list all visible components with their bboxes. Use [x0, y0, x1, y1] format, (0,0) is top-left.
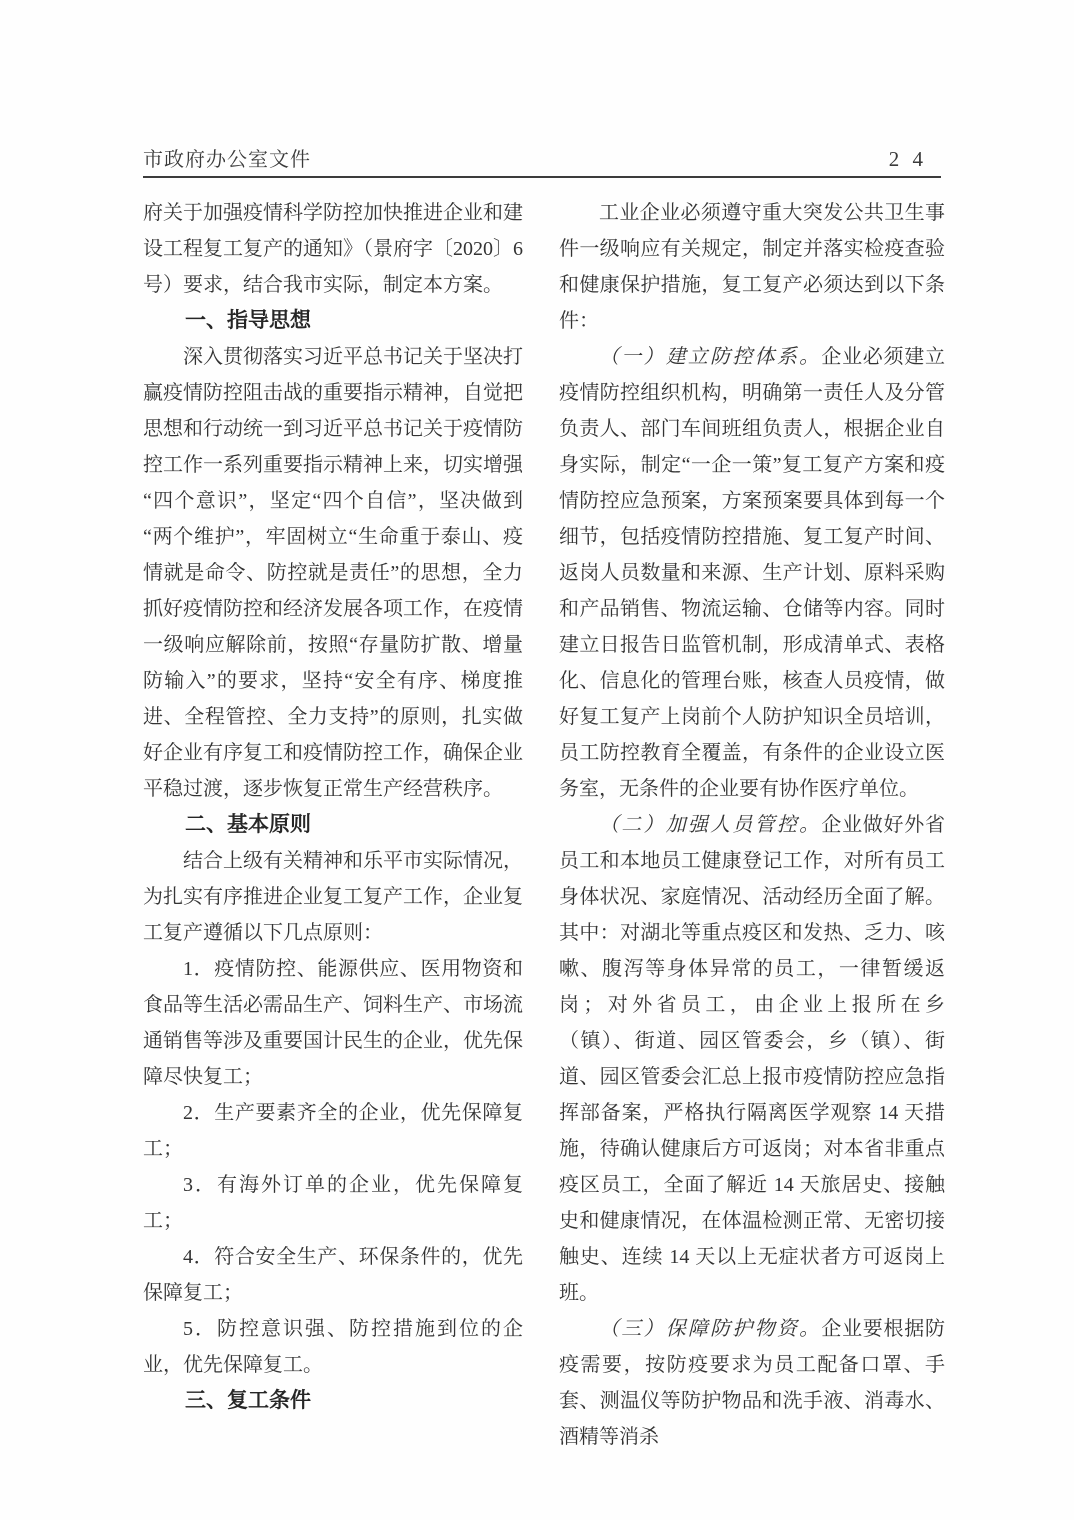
section-heading: 三、复工条件: [143, 1383, 523, 1419]
paragraph: 1．疫情防控、能源供应、医用物资和食品等生活必需品生产、饲料生产、市场流通销售等…: [143, 951, 523, 1095]
body-text: 5．防控意识强、防控措施到位的企业，优先保障复工。: [143, 1318, 523, 1376]
document-body: 府关于加强疫情科学防控加快推进企业和建设工程复工复产的通知》（景府字〔2020〕…: [143, 195, 945, 1455]
body-text: 结合上级有关精神和乐平市实际情况，为扎实有序推进企业复工复产工作，企业复工复产遵…: [143, 850, 523, 944]
kai-lead-text: （三）保障防护物资。: [599, 1318, 821, 1340]
header-title: 市政府办公室文件: [143, 143, 311, 172]
page-header: 市政府办公室文件 2 4: [143, 143, 941, 178]
body-text: 府关于加强疫情科学防控加快推进企业和建设工程复工复产的通知》（景府字〔2020〕…: [143, 202, 523, 296]
body-text: 一、指导思想: [185, 309, 311, 332]
paragraph: 5．防控意识强、防控措施到位的企业，优先保障复工。: [143, 1311, 523, 1383]
body-text: 2．生产要素齐全的企业，优先保障复工；: [143, 1102, 523, 1160]
left-column: 府关于加强疫情科学防控加快推进企业和建设工程复工复产的通知》（景府字〔2020〕…: [143, 195, 523, 1455]
section-heading: 二、基本原则: [143, 807, 523, 843]
section-heading: 一、指导思想: [143, 303, 523, 339]
paragraph: 结合上级有关精神和乐平市实际情况，为扎实有序推进企业复工复产工作，企业复工复产遵…: [143, 843, 523, 951]
body-text: 1．疫情防控、能源供应、医用物资和食品等生活必需品生产、饲料生产、市场流通销售等…: [143, 958, 523, 1088]
page-number: 2 4: [889, 147, 927, 172]
right-column: 工业企业必须遵守重大突发公共卫生事件一级响应有关规定，制定并落实检疫查验和健康保…: [559, 195, 945, 1455]
paragraph: 深入贯彻落实习近平总书记关于坚决打赢疫情防控阻击战的重要指示精神，自觉把思想和行…: [143, 339, 523, 807]
body-text: 企业必须建立疫情防控组织机构，明确第一责任人及分管负责人、部门车间班组负责人，根…: [559, 346, 945, 800]
kai-lead-text: （一）建立防控体系。: [599, 346, 821, 368]
paragraph: （一）建立防控体系。企业必须建立疫情防控组织机构，明确第一责任人及分管负责人、部…: [559, 339, 945, 807]
body-text: 3．有海外订单的企业，优先保障复工；: [143, 1174, 523, 1232]
body-text: 二、基本原则: [185, 813, 311, 836]
document-page: 市政府办公室文件 2 4 府关于加强疫情科学防控加快推进企业和建设工程复工复产的…: [0, 0, 1074, 1520]
body-text: 工业企业必须遵守重大突发公共卫生事件一级响应有关规定，制定并落实检疫查验和健康保…: [559, 202, 945, 332]
paragraph: 工业企业必须遵守重大突发公共卫生事件一级响应有关规定，制定并落实检疫查验和健康保…: [559, 195, 945, 339]
body-text: 企业做好外省员工和本地员工健康登记工作，对所有员工身体状况、家庭情况、活动经历全…: [559, 814, 945, 1304]
paragraph: （二）加强人员管控。企业做好外省员工和本地员工健康登记工作，对所有员工身体状况、…: [559, 807, 945, 1311]
body-text: 深入贯彻落实习近平总书记关于坚决打赢疫情防控阻击战的重要指示精神，自觉把思想和行…: [143, 346, 523, 800]
paragraph: 府关于加强疫情科学防控加快推进企业和建设工程复工复产的通知》（景府字〔2020〕…: [143, 195, 523, 303]
paragraph: 2．生产要素齐全的企业，优先保障复工；: [143, 1095, 523, 1167]
body-text: 4．符合安全生产、环保条件的，优先保障复工；: [143, 1246, 523, 1304]
paragraph: （三）保障防护物资。企业要根据防疫需要，按防疫要求为员工配备口罩、手套、测温仪等…: [559, 1311, 945, 1455]
paragraph: 3．有海外订单的企业，优先保障复工；: [143, 1167, 523, 1239]
paragraph: 4．符合安全生产、环保条件的，优先保障复工；: [143, 1239, 523, 1311]
kai-lead-text: （二）加强人员管控。: [599, 814, 821, 836]
body-text: 三、复工条件: [185, 1389, 311, 1412]
